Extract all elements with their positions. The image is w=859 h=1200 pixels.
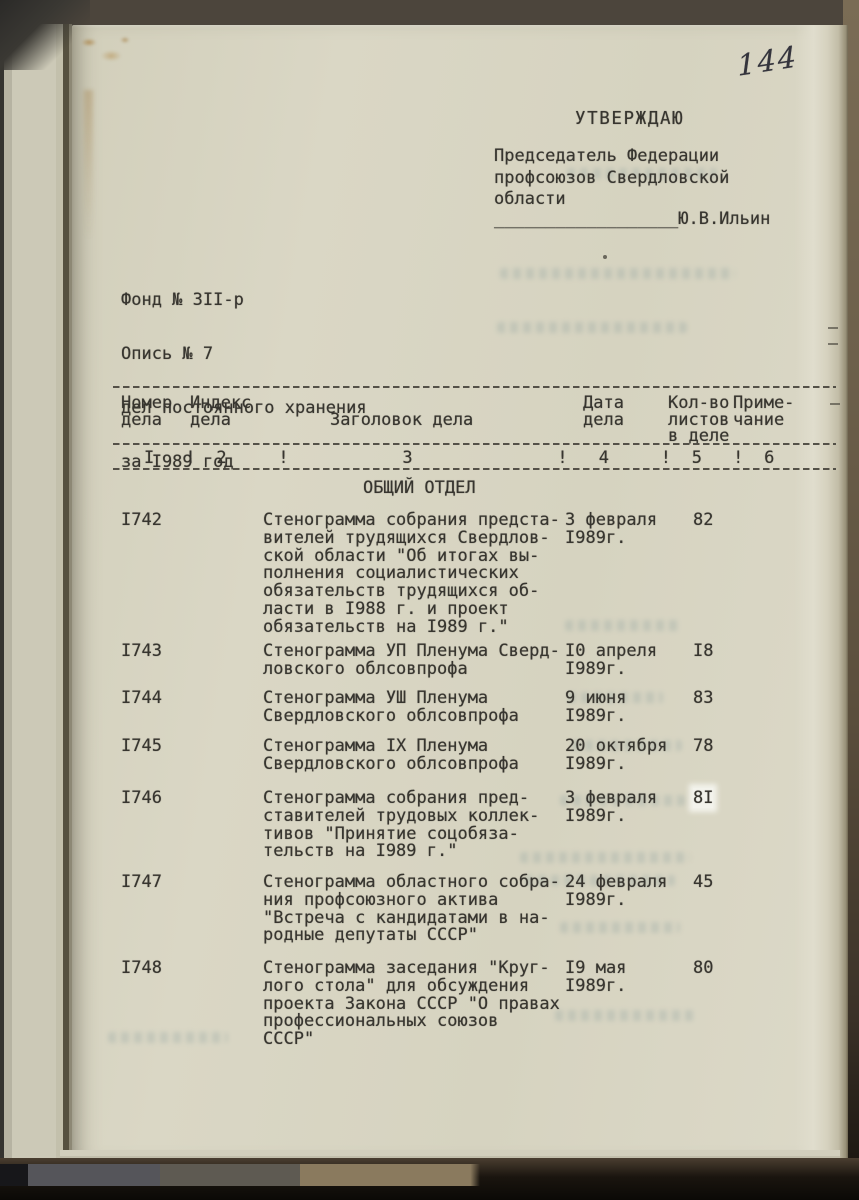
header-sheet-count: Кол-во листов в деле xyxy=(668,395,729,445)
case-date-cell: 24 февраля I989г. xyxy=(565,874,677,910)
header-case-number: Номер дела xyxy=(121,395,172,428)
approval-authority: Председатель Федерации профсоюзов Свердл… xyxy=(494,146,729,211)
sheet-count-cell: 80 xyxy=(693,960,713,978)
edge-dash-mark xyxy=(828,343,838,345)
case-number-cell: I746 xyxy=(121,790,162,808)
case-number-cell: I743 xyxy=(121,643,162,661)
table-rule-top xyxy=(113,386,836,388)
edge-dash-mark xyxy=(830,403,840,405)
header-case-date: Дата дела xyxy=(583,395,624,428)
case-date-cell: 9 июня I989г. xyxy=(565,690,677,726)
case-number-cell: I742 xyxy=(121,512,162,530)
case-title-cell: Стенограмма УШ Пленума Свердловского обл… xyxy=(263,690,575,726)
underlying-page-edge xyxy=(0,24,72,1166)
case-title-cell: Стенограмма областного собра- ния профсо… xyxy=(263,874,575,945)
case-date-cell: 3 февраля I989г. xyxy=(565,790,677,826)
book-cover-strip xyxy=(0,1164,480,1186)
case-title-cell: Стенограмма заседания "Круг- лого стола"… xyxy=(263,960,575,1049)
case-number-cell: I745 xyxy=(121,738,162,756)
sheet-count-cell: 45 xyxy=(693,874,713,892)
sheet-count-cell: 82 xyxy=(693,512,713,530)
fond-number: Фонд № 3II-р xyxy=(121,287,367,314)
scanned-archive-page: 144 УТВЕРЖДАЮ Председатель Федерации про… xyxy=(0,0,859,1200)
header-case-index: Индекс дела xyxy=(190,395,251,428)
rust-streak xyxy=(84,90,93,240)
case-number-cell: I748 xyxy=(121,960,162,978)
table-rule-bottom xyxy=(113,468,836,470)
case-date-cell: I9 мая I989г. xyxy=(565,960,677,996)
page-right-fold xyxy=(795,25,848,1160)
section-heading: ОБЩИЙ ОТДЕЛ xyxy=(363,480,476,498)
sheet-count-cell: I8 xyxy=(693,643,713,661)
case-title-cell: Стенограмма собрания предста- вителей тр… xyxy=(263,512,575,637)
rust-stain xyxy=(74,28,134,76)
sheet-count-cell: 83 xyxy=(693,690,713,708)
case-date-cell: 3 февраля I989г. xyxy=(565,512,677,548)
opis-number: Опись № 7 xyxy=(121,341,367,368)
case-number-cell: I747 xyxy=(121,874,162,892)
case-date-cell: 20 октября I989г. xyxy=(565,738,677,774)
signatory-name: Ю.В.Ильин xyxy=(678,209,770,229)
approval-stamp: УТВЕРЖДАЮ xyxy=(575,111,684,129)
header-note: Приме- чание xyxy=(733,395,794,428)
sheet-count-cell: 78 xyxy=(693,738,713,756)
edge-dash-mark xyxy=(828,327,838,329)
sheet-count-cell: 8I xyxy=(693,790,713,808)
header-case-title: Заголовок дела xyxy=(330,412,473,429)
table-rule-middle xyxy=(113,443,836,445)
ink-speck xyxy=(603,255,607,259)
case-title-cell: Стенограмма IX Пленума Свердловского обл… xyxy=(263,738,575,774)
case-number-cell: I744 xyxy=(121,690,162,708)
signature-blank: __________________ xyxy=(494,209,678,229)
signature-line: __________________Ю.В.Ильин xyxy=(494,211,770,229)
column-numbers-row: I ! 2 ! 3 ! 4 ! 5 ! 6 xyxy=(113,450,774,468)
case-title-cell: Стенограмма собрания пред- ставителей тр… xyxy=(263,790,575,861)
case-date-cell: I0 апреля I989г. xyxy=(565,643,677,679)
case-title-cell: Стенограмма УП Пленума Сверд- ловского о… xyxy=(263,643,575,679)
